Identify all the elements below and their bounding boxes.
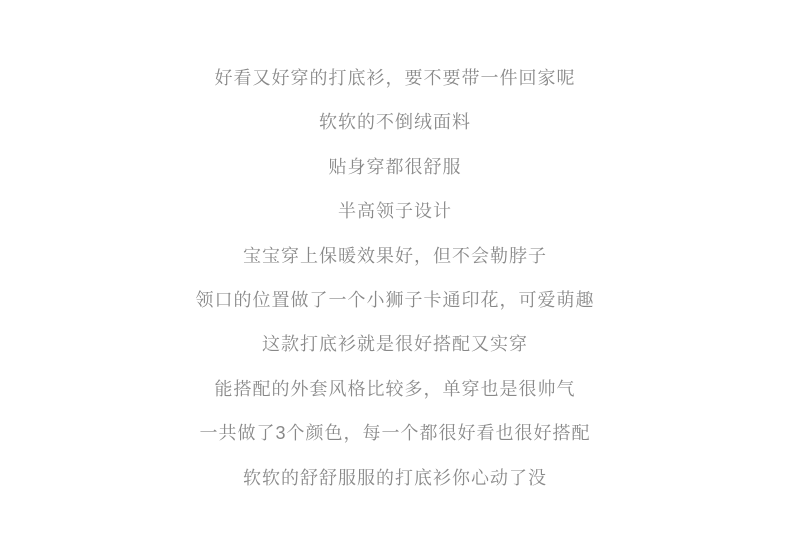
description-line-9: 一共做了3个颜色，每一个都很好看也很好搭配 [0, 411, 790, 455]
description-line-2: 软软的不倒绒面料 [0, 100, 790, 144]
description-line-8: 能搭配的外套风格比较多，单穿也是很帅气 [0, 367, 790, 411]
description-line-10: 软软的舒舒服服的打底衫你心动了没 [0, 456, 790, 500]
description-line-3: 贴身穿都很舒服 [0, 145, 790, 189]
description-text-block: 好看又好穿的打底衫，要不要带一件回家呢 软软的不倒绒面料 贴身穿都很舒服 半高领… [0, 56, 790, 500]
description-line-7: 这款打底衫就是很好搭配又实穿 [0, 322, 790, 366]
description-line-5: 宝宝穿上保暖效果好，但不会勒脖子 [0, 234, 790, 278]
description-line-6: 领口的位置做了一个小狮子卡通印花，可爱萌趣 [0, 278, 790, 322]
product-description-panel: 好看又好穿的打底衫，要不要带一件回家呢 软软的不倒绒面料 贴身穿都很舒服 半高领… [0, 0, 790, 550]
description-line-1: 好看又好穿的打底衫，要不要带一件回家呢 [0, 56, 790, 100]
description-line-4: 半高领子设计 [0, 189, 790, 233]
